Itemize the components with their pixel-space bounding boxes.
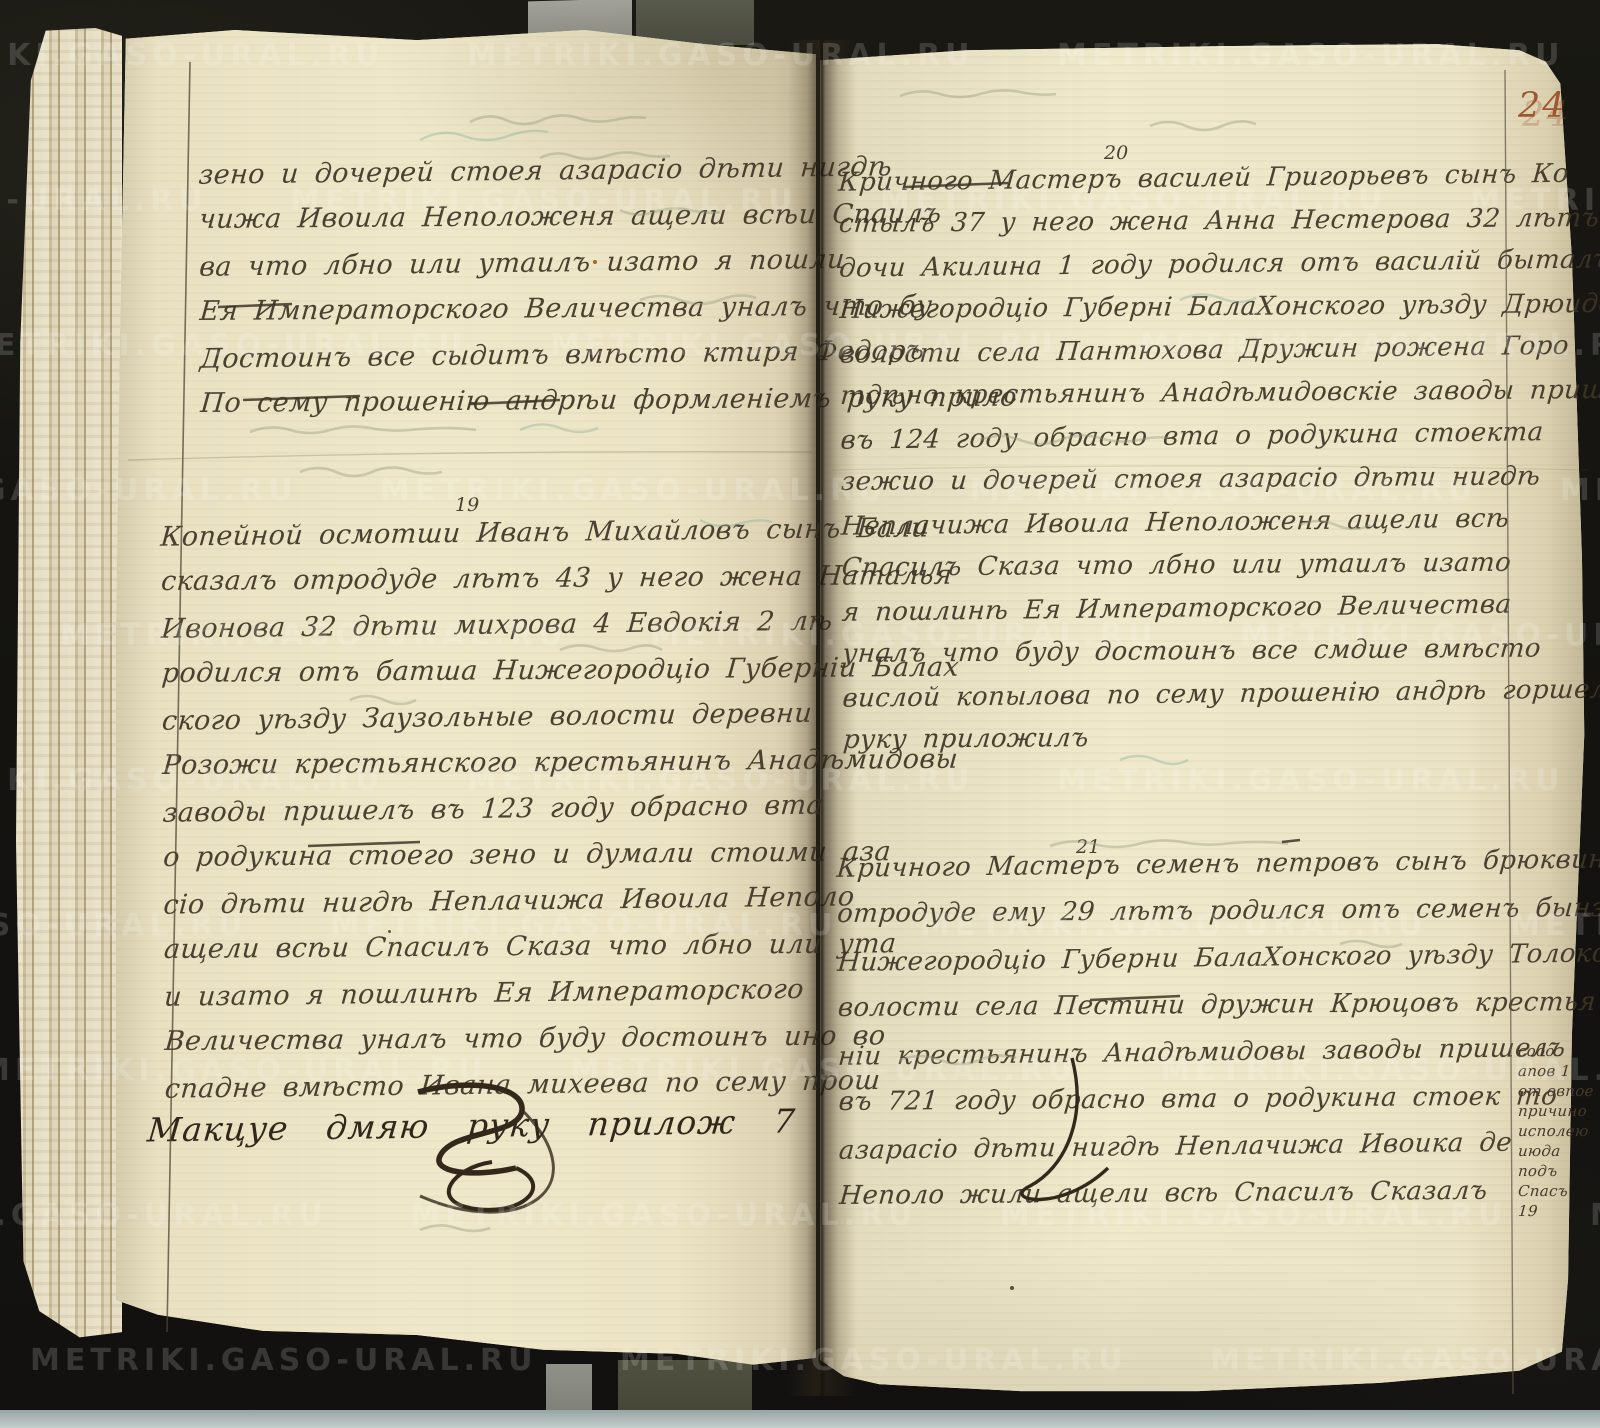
entry-marker-21: 21: [1076, 836, 1100, 858]
handwriting-line: Кричного Мастеръ василей Григорьевъ сынъ…: [836, 158, 1600, 211]
handwriting-line: зежио и дочерей стоея азарасіо дѣти нигд…: [839, 461, 1600, 510]
handwriting-line: волости села Пантюхова Дружин рожена Гор…: [838, 330, 1600, 383]
handwriting-line: исполею: [1517, 1122, 1596, 1142]
handwriting-line: 19: [1517, 1202, 1596, 1222]
paper-speck: [388, 930, 391, 933]
handwriting-line: подъ: [1517, 1162, 1596, 1182]
margin-note: соооапов 1от овпоепричиноисполеюиюдаподъ…: [1518, 1042, 1596, 1222]
paper-speck: [593, 260, 597, 264]
handwriting-line: Копейной осмотши Иванъ Михайловъ сынъ Ба…: [158, 512, 959, 568]
right-page-paragraph-2: Кричного Мастеръ семенъ петровъ сынъ брю…: [836, 845, 1600, 1228]
handwriting-line: стылъ 37 у него жена Анна Нестерова 32 л…: [837, 203, 1600, 252]
handwriting-line: я пошлинѣ Ея Императорского Величества: [840, 588, 1600, 641]
handwriting-line: Неполо жили ащели всѣ Спасилъ Сказалъ: [837, 1174, 1600, 1228]
handwriting-line: дочи Акилина 1 году родился отъ василій …: [837, 244, 1600, 297]
paper-speck: [1010, 1286, 1014, 1290]
handwriting-line: ніи крестьянинъ Анадѣмидовы заводы прише…: [836, 1031, 1600, 1088]
handwriting-line: Неплачижа Ивоила Неположеня ащели всѣ: [839, 502, 1600, 555]
handwriting-line: сооо: [1517, 1042, 1596, 1062]
folio-number: 24: [1518, 86, 1567, 126]
press-block-gray-bottom: [546, 1364, 592, 1414]
entry-marker-20: 20: [1104, 142, 1128, 164]
right-page-paragraph-1: Кричного Мастеръ василей Григорьевъ сынъ…: [838, 160, 1600, 768]
handwriting-line: Нижегородціо Губерни БалаХонского уѣзду …: [835, 937, 1600, 994]
handwriting-line: заводы пришелъ въ 123 году обрасно вта: [160, 788, 961, 844]
handwriting-line: причино: [1517, 1102, 1596, 1122]
handwriting-line: от овпое: [1517, 1082, 1596, 1102]
scanner-bed-strip: [0, 1410, 1600, 1428]
handwriting-line: Кричного Мастеръ семенъ петровъ сынъ брю…: [834, 843, 1600, 900]
handwriting-line: июда: [1517, 1142, 1596, 1162]
handwriting-line: азарасіо дѣти нигдѣ Неплачижа Ивоика де: [836, 1125, 1600, 1182]
handwriting-line: въ 721 году обрасно вта о родукина стоек…: [836, 1080, 1600, 1134]
handwriting-line: вислой копылова по сему прошенію андрѣ г…: [840, 674, 1600, 727]
handwriting-line: отродуде ему 29 лѣтъ родился отъ семенъ …: [835, 892, 1600, 946]
handwriting-line: апов 1: [1517, 1062, 1596, 1082]
handwriting-line: Спасъ: [1517, 1182, 1596, 1202]
watermark-text: METRIKI.GASO-URAL.RU: [30, 1343, 538, 1378]
handwriting-line: тдѣно крестьянинъ Анадѣмидовскіе заводы …: [838, 375, 1600, 424]
handwriting-line: Спасилъ Сказа что лбно или утаилъ изато: [839, 547, 1600, 596]
page-stack-fore-edge: [16, 28, 122, 1340]
handwriting-line: въ 124 году обрасно вта о родукина стоек…: [838, 416, 1600, 469]
handwriting-line: волости села Пестини дружин Крюцовъ крес…: [835, 986, 1600, 1040]
handwriting-line: руку приложилъ: [841, 719, 1600, 768]
manuscript-book-scan: зено и дочерей стоея азарасіо дѣти нигдѣ…: [0, 0, 1600, 1428]
handwriting-line: Розожи крестьянского крестьянинъ Анадѣми…: [160, 744, 961, 796]
entry-marker-19: 19: [455, 494, 479, 516]
handwriting-line: уналъ что буду достоинъ все смдше вмѣсто: [840, 633, 1600, 682]
press-block-olive-bottom: [618, 1360, 752, 1414]
handwriting-line: Нижегородціо Губерні БалаХонского уѣзду …: [837, 289, 1600, 338]
